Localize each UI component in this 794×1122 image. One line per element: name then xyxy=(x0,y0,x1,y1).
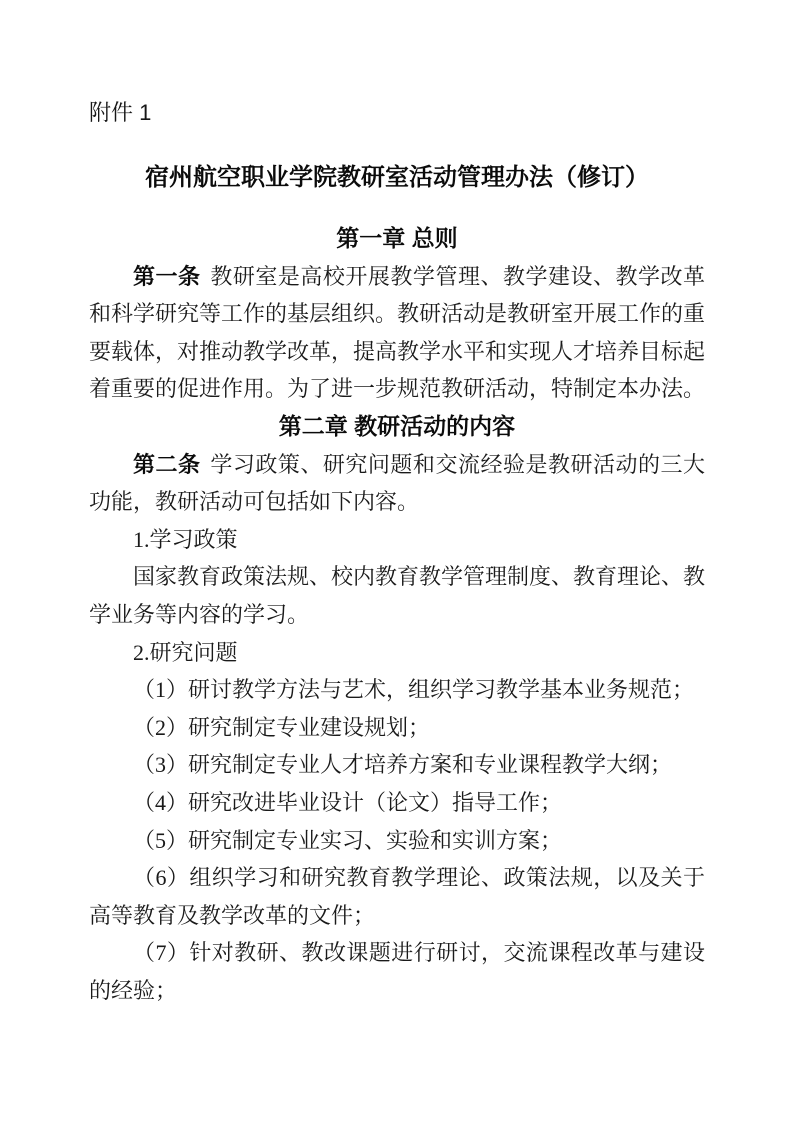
subsection-1-body: 国家教育政策法规、校内教育教学管理制度、教育理论、教学业务等内容的学习。 xyxy=(89,558,705,633)
list-item-5: （5）研究制定专业实习、实验和实训方案； xyxy=(89,822,705,860)
list-item-3: （3）研究制定专业人才培养方案和专业课程教学大纲； xyxy=(89,746,705,784)
attachment-label: 附件 1 xyxy=(89,100,705,126)
subsection-1-heading: 1.学习政策 xyxy=(89,521,705,559)
document-title: 宿州航空职业学院教研室活动管理办法（修订） xyxy=(89,162,705,194)
list-item-1: （1）研讨教学方法与艺术，组织学习教学基本业务规范； xyxy=(89,671,705,709)
document-page: 附件 1 宿州航空职业学院教研室活动管理办法（修订） 第一章 总则 第一条教研室… xyxy=(0,0,794,1122)
list-item-2: （2）研究制定专业建设规划； xyxy=(89,709,705,747)
article-2-paragraph: 第二条学习政策、研究问题和交流经验是教研活动的三大功能，教研活动可包括如下内容。 xyxy=(89,446,705,521)
article-1-paragraph: 第一条教研室是高校开展教学管理、教学建设、教学改革和科学研究等工作的基层组织。教… xyxy=(89,258,705,408)
chapter-1-heading: 第一章 总则 xyxy=(89,220,705,258)
chapter-2-heading: 第二章 教研活动的内容 xyxy=(89,408,705,446)
list-item-6: （6）组织学习和研究教育教学理论、政策法规，以及关于高等教育及教学改革的文件； xyxy=(89,859,705,934)
subsection-2-heading: 2.研究问题 xyxy=(89,634,705,672)
article-1-label: 第一条 xyxy=(133,264,201,289)
list-item-7: （7）针对教研、教改课题进行研讨，交流课程改革与建设的经验； xyxy=(89,934,705,1009)
list-item-4: （4）研究改进毕业设计（论文）指导工作； xyxy=(89,784,705,822)
article-2-label: 第二条 xyxy=(133,452,201,477)
